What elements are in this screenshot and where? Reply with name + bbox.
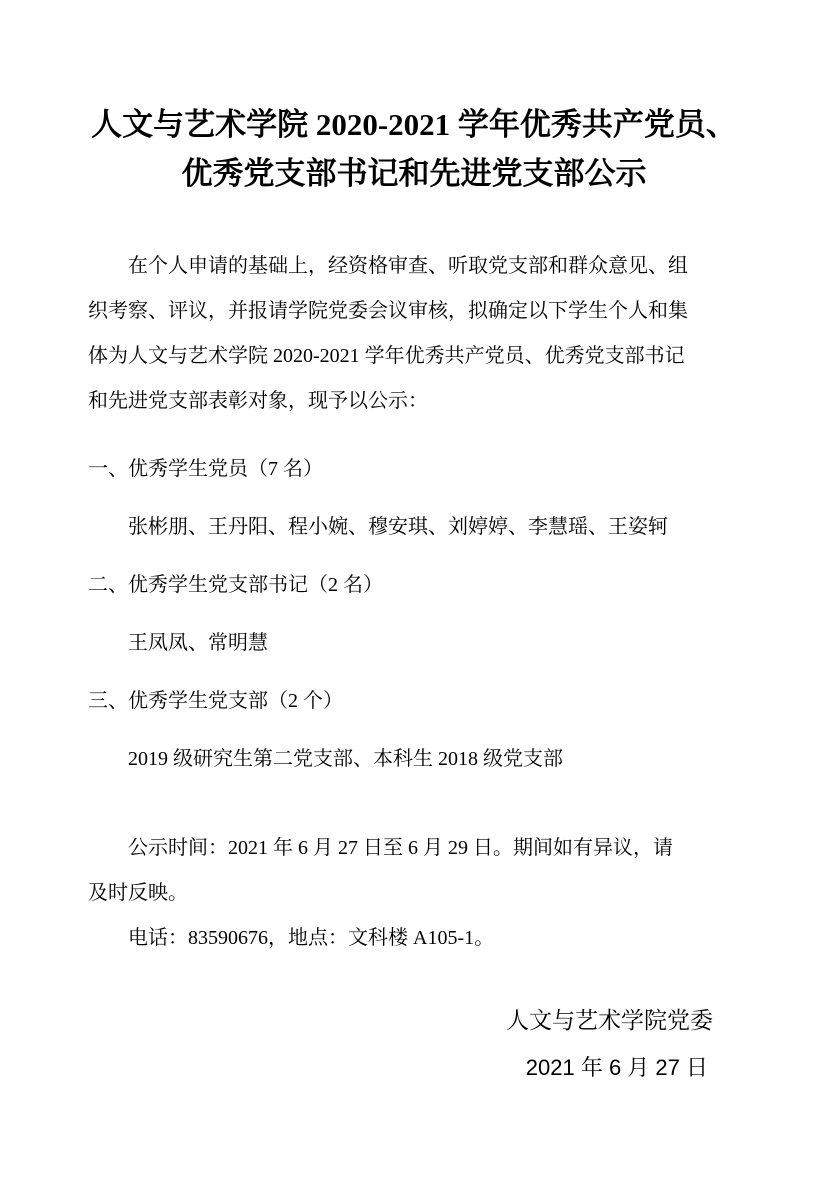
notice-line: 及时反映。 (88, 871, 740, 916)
signature-block: 人文与艺术学院党委 2021 年 6 月 27 日 (88, 996, 740, 1092)
contact-line: 电话：83590676，地点：文科楼 A105-1。 (88, 916, 740, 961)
intro-line: 和先进党支部表彰对象，现予以公示： (88, 379, 740, 424)
section-names-1: 张彬朋、王丹阳、程小婉、穆安琪、刘婷婷、李慧瑶、王姿轲 (88, 505, 740, 550)
title-line-1: 人文与艺术学院 2020-2021 学年优秀共产党员、 (88, 100, 740, 149)
intro-line: 体为人文与艺术学院 2020-2021 学年优秀共产党员、优秀党支部书记 (88, 334, 740, 379)
signature-date: 2021 年 6 月 27 日 (88, 1044, 740, 1092)
intro-line: 织考察、评议，并报请学院党委会议审核，拟确定以下学生个人和集 (88, 289, 740, 334)
section-heading-2: 二、优秀学生党支部书记（2 名） (88, 563, 740, 608)
notice-line: 公示时间：2021 年 6 月 27 日至 6 月 29 日。期间如有异议，请 (88, 826, 740, 871)
title-line-2: 优秀党支部书记和先进党支部公示 (88, 149, 740, 198)
signature-org: 人文与艺术学院党委 (88, 996, 740, 1044)
document-page: 人文与艺术学院 2020-2021 学年优秀共产党员、 优秀党支部书记和先进党支… (0, 0, 828, 1193)
document-title: 人文与艺术学院 2020-2021 学年优秀共产党员、 优秀党支部书记和先进党支… (88, 100, 740, 198)
award-list: 一、优秀学生党员（7 名） 张彬朋、王丹阳、程小婉、穆安琪、刘婷婷、李慧瑶、王姿… (88, 447, 740, 782)
section-heading-1: 一、优秀学生党员（7 名） (88, 447, 740, 492)
intro-paragraph: 在个人申请的基础上，经资格审查、听取党支部和群众意见、组 织考察、评议，并报请学… (88, 244, 740, 424)
notice-paragraph: 公示时间：2021 年 6 月 27 日至 6 月 29 日。期间如有异议，请 … (88, 826, 740, 916)
intro-line: 在个人申请的基础上，经资格审查、听取党支部和群众意见、组 (88, 244, 740, 289)
section-heading-3: 三、优秀学生党支部（2 个） (88, 679, 740, 724)
section-names-2: 王凤凤、常明慧 (88, 621, 740, 666)
section-names-3: 2019 级研究生第二党支部、本科生 2018 级党支部 (88, 737, 740, 782)
